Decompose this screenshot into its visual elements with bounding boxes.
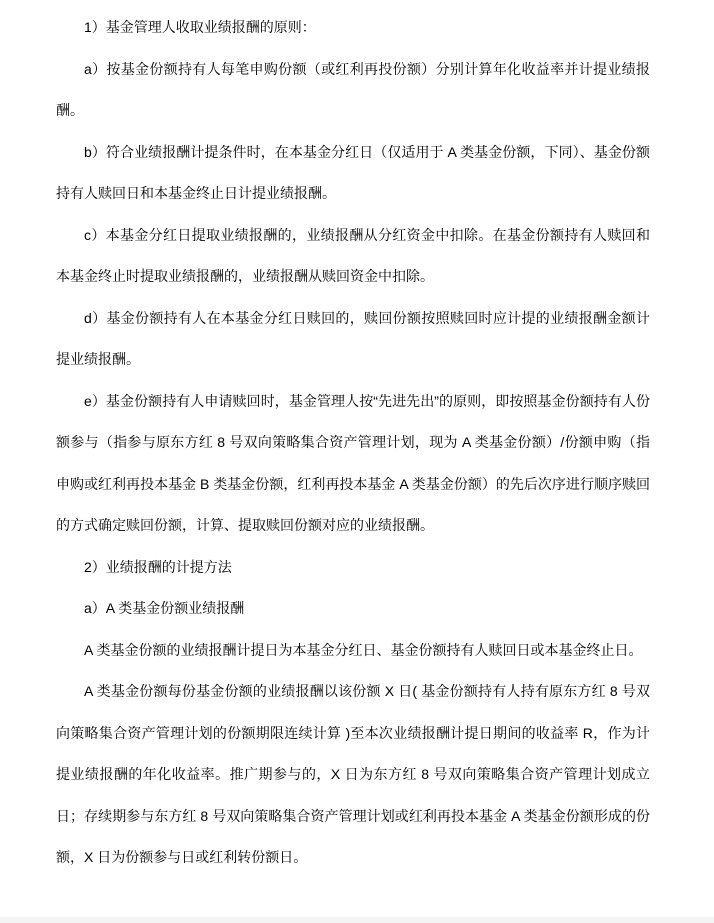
paragraph: A 类基金份额的业绩报酬计提日为本基金分红日、基金份额持有人赎回日或本基金终止日…: [56, 630, 650, 672]
paragraph: 1）基金管理人收取业绩报酬的原则：: [56, 7, 650, 49]
paragraph: b）符合业绩报酬计提条件时，在本基金分红日（仅适用于 A 类基金份额，下同）、基…: [56, 132, 650, 215]
paragraph: e）基金份额持有人申请赎回时，基金管理人按“先进先出”的原则，即按照基金份额持有…: [56, 381, 650, 547]
paragraph: c）本基金分红日提取业绩报酬的，业绩报酬从分红资金中扣除。在基金份额持有人赎回和…: [56, 215, 650, 298]
paragraph: a）A 类基金份额业绩报酬: [56, 588, 650, 630]
paragraph: 2）业绩报酬的计提方法: [56, 547, 650, 589]
document-body: 1）基金管理人收取业绩报酬的原则：a）按基金份额持有人每笔申购份额（或红利再投份…: [0, 0, 714, 879]
document-page: 1）基金管理人收取业绩报酬的原则：a）按基金份额持有人每笔申购份额（或红利再投份…: [0, 0, 714, 923]
paragraph: a）按基金份额持有人每笔申购份额（或红利再投份额）分别计算年化收益率并计提业绩报…: [56, 49, 650, 132]
bottom-edge-strip: [0, 917, 714, 923]
paragraph: A 类基金份额每份基金份额的业绩报酬以该份额 X 日( 基金份额持有人持有原东方…: [56, 671, 650, 879]
paragraph: d）基金份额持有人在本基金分红日赎回的，赎回份额按照赎回时应计提的业绩报酬金额计…: [56, 298, 650, 381]
